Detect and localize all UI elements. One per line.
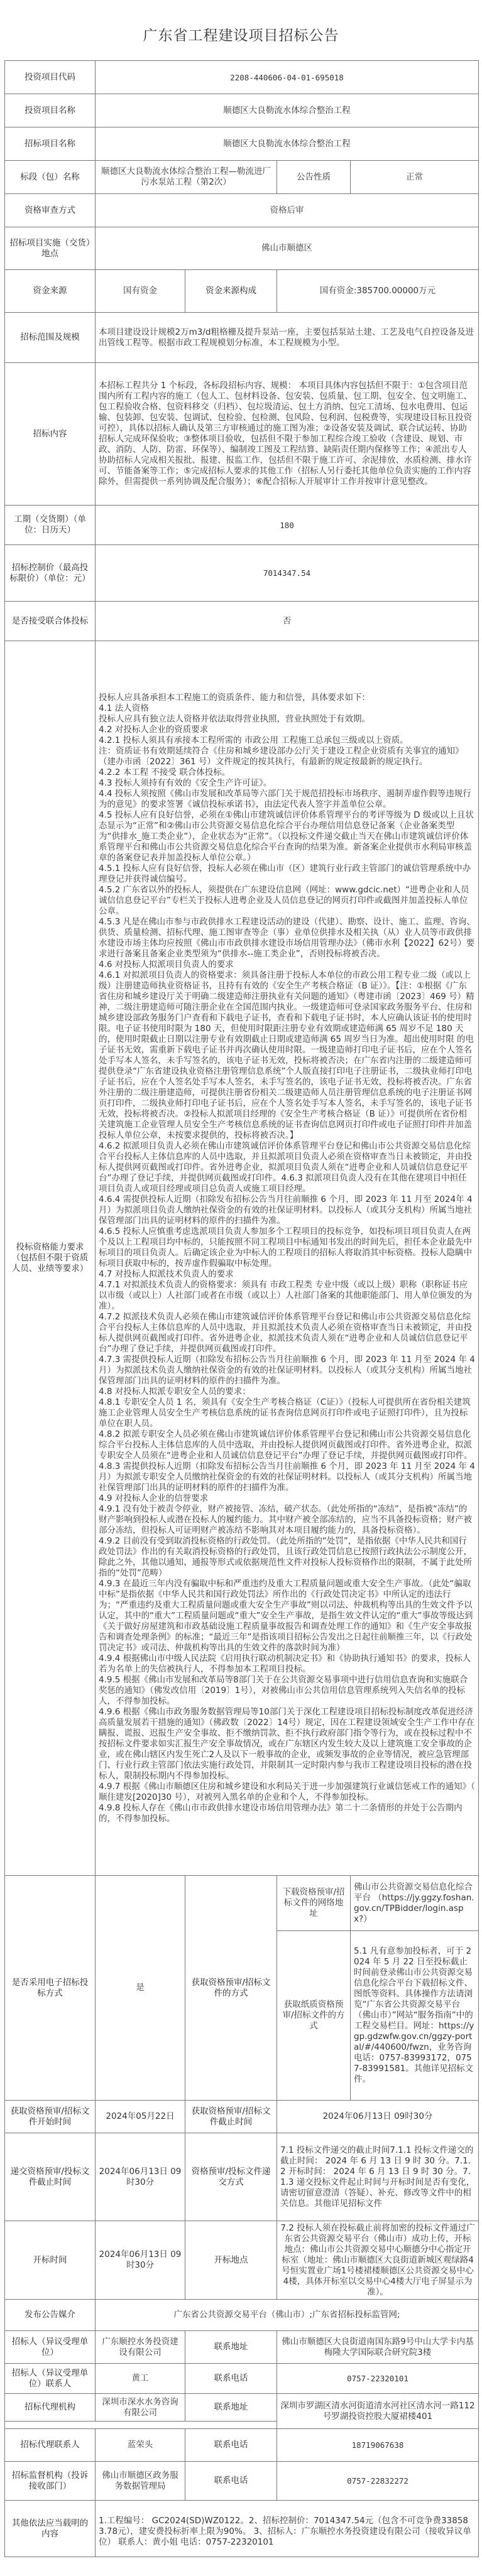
qualification-paragraph: 4.6.5 投标人应慎重考虑选派项目负责人参加多个工程项目的投标竞争，如投标项目… [99,1226,475,1269]
electronic-label: 是否采用电子招标投标方式 [5,1876,96,2101]
agency-phone-value: 18719067638 [277,2429,479,2462]
qualification-label: 投标资格能力要求（包括但不限于资质人员、业绩等要求） [5,641,96,1876]
agency-contact-value: 蓝荣头 [96,2429,185,2462]
row-doc-time: 获取资格预审/招标文件开始时间 2024年05月22日 获取资格预审/招标文件截… [5,2101,479,2133]
qualification-paragraph: 4.5.1 投标人应有良好信誉，投标人必须在佛山市（区）建筑行业行政主管部门的诚… [99,863,475,885]
page-title: 广东省工程建设项目招标公告 [0,0,482,60]
invest-code-label: 投资项目代码 [5,61,96,94]
row-other: 其他依法应当载明的内容 1.工程编号： GC2024(SD)WZ0122。2、招… [5,2501,479,2557]
row-section-name: 标段（包）名称 顺德区大良勒流水体综合整治工程—勒流进厂污水泵站工程（第2次） … [5,161,479,194]
row-invest-code: 投资项目代码 2208-440606-04-01-695018 [5,61,479,94]
qualification-paragraph: 4.7.2 拟派技术负责人必须在佛山市建筑诚信评价体系管理平台登记和佛山市公共资… [99,1312,475,1355]
tender-name-label: 招标项目名称 [5,127,96,161]
tender-notice-table: 投资项目代码 2208-440606-04-01-695018 投资项目名称 顺… [4,60,479,2557]
row-scope: 招标范围及规模 本项目建设设计规模2万m3/d粗格栅及提升泵站一座，主要包括泵站… [5,313,479,363]
qualification-paragraph: 4.6.1 对拟派项目负责人的资格要求：须具备注册于投标人本单位的市政公用工程专… [99,970,475,1141]
supervisor-value: 佛山市顺德区政务服务数据管理局 [96,2462,185,2501]
qualification-paragraph: 4.9.5 根据《佛山市发展和改革局等8部门关于在公共资源交易事项中进行信用信息… [99,1675,475,1707]
row-control-price: 招标控制价（最高投标限价）（单位：元） 7014347.54 [5,545,479,602]
media-label: 发布公告媒介 [5,2300,96,2331]
qualification-paragraph: 投标人应具有独立法人资格并依法取得营业执照，营业执照处于有效期。 [99,714,475,725]
content-label: 招标内容 [5,363,96,506]
qualification-paragraph: 4.9 对投标人企业的信誉要求 [99,1493,475,1504]
funding-label: 资金来源 [5,270,96,313]
row-location: 招标项目实施（交货）地点 佛山市顺德区 [5,227,479,270]
agency-spacer [5,2422,277,2429]
tenderer-value: 广东顺控水务投资建设有限公司 [96,2331,185,2364]
section-name-label: 标段（包）名称 [5,161,96,194]
opening-time-label: 开标时间 [5,2221,96,2300]
qualification-paragraph: 4.9.6 根据《佛山市政务服务数据管理局等10部门关于深化工程建设项目招标投标… [99,1707,475,1782]
consortium-label: 是否接受联合体投标 [5,602,96,641]
agency-address-value: 深圳市罗湖区清水河街道清水河社区清水河一路112号罗湖投资控股大厦裙楼401 [277,2394,479,2429]
bottom-spacer [0,2557,482,2576]
control-price-label: 招标控制价（最高投标限价）（单位：元） [5,545,96,602]
row-agency-contact: 招标代理联系人 蓝荣头 联系电话 18719067638 [5,2429,479,2462]
doc-end-value: 2024年06月13日 09时30分 [277,2101,479,2133]
qualification-paragraph: 4.9.7 根据《佛山市顺德区住房和城乡建设和水利局关于进一步加强建筑行业诚信惩… [99,1782,475,1803]
row-funding: 资金来源 国有资金 资金来源构成 国有资金:385700.00000万元 [5,270,479,313]
tenderer-address-value: 佛山市顺德区大良街道南国东路9号中山大学卡内基梅隆大学国际联合研究院3楼 [277,2331,479,2364]
row-supervisor: 招标监督机构（投诉接收部门） 佛山市顺德区政务服务数据管理局 联系电话 0757… [5,2462,479,2501]
row-tender-name: 招标项目名称 顺德区大良勒流水体综合整治工程 [5,127,479,161]
qualification-paragraph: 投标人应具备承担本工程施工的资质条件、能力和信誉，具体要求如下： [99,693,475,703]
qualification-paragraphs: 投标人应具备承担本工程施工的资质条件、能力和信誉，具体要求如下：4.1 法人资格… [99,693,475,1824]
tenderer-contact-label: 招标人（异议受理单位）联系人 [5,2364,96,2394]
electronic-value: 是 [96,1876,185,2101]
review-method-value: 资格后审 [96,194,479,227]
supervisor-label: 招标监督机构（投诉接收部门） [5,2462,96,2501]
opening-place-value: 7.2 投标人须在投标截止前将加密的投标文件通过广东省公共资源交易平台（佛山市）… [277,2221,479,2300]
other-value: 1.工程编号： GC2024(SD)WZ0122。2、招标控制价：7014347… [96,2501,479,2557]
location-value: 佛山市顺德区 [96,227,479,270]
submit-deadline-label: 递交资格预审/投标文件截止时间 [5,2133,96,2221]
invest-name-value: 顺德区大良勒流水体综合整治工程 [96,94,479,127]
qualification-paragraph: 4.9.3 在最近三年内没有骗取中标和严重违约及重大工程质量问题或重大安全生产事… [99,1579,475,1653]
agency-value: 深圳市深水水务咨询有限公司 [96,2394,185,2422]
submit-deadline-value: 2024年06月13日 09时30分 [96,2133,185,2221]
funding-composition-label: 资金来源构成 [185,270,277,313]
qualification-paragraph: 注：资质证书有效期延续符合《住房和城乡建设部办公厅关于建设工程企业资质有关事宜的… [99,746,475,767]
duration-value: 180 [96,506,479,545]
row-tenderer: 招标人（异议受理单位） 广东顺控水务投资建设有限公司 联系地址 佛山市顺德区大良… [5,2331,479,2364]
doc-start-label: 获取资格预审/招标文件开始时间 [5,2101,96,2133]
qualification-paragraph: 4.2 对投标人企业的资质要求 [99,725,475,735]
control-price-value: 7014347.54 [96,545,479,602]
qualification-paragraph: 4.5.2 广东省以外的投标人，须提供在广东建设信息网（网址：www.gdcic… [99,885,475,917]
row-submit: 递交资格预审/投标文件截止时间 2024年06月13日 09时30分 资格预审/… [5,2133,479,2221]
row-tenderer-contact: 招标人（异议受理单位）联系人 黄工 联系电话 0757-22320101 [5,2364,479,2394]
doc-end-label: 获取资格预审/招标文件截止时间 [185,2101,277,2133]
consortium-value: 否 [96,602,479,641]
submit-method-value: 7.1 投标文件递交的截止时间7.1.1 投标文件递交的截止时间： 2024 年… [277,2133,479,2221]
tenderer-phone-value: 0757-22320101 [277,2364,479,2394]
obtain-method-label: 获取资格预审/招标文件的方式 [185,1876,277,2101]
doc-start-value: 2024年05月22日 [96,2101,185,2133]
funding-composition-value: 国有资金:385700.00000万元 [277,270,479,313]
paper-method-label: 获取纸质资格预审/招标文件的方式 [277,1931,351,2101]
paper-method-value: 5.1 凡有意参加投标者，可于 2024 年 5 月 22 日至投标截止时间前登… [351,1931,479,2101]
tender-name-value: 顺德区大良勒流水体综合整治工程 [96,127,479,161]
row-duration: 工期（交货期）（单位：日历天） 180 [5,506,479,545]
submit-method-label: 资格预审/投标文件递交方式 [185,2133,277,2221]
content-value: 本招标工程共分 1 个标段，各标段招标内容、规模： 本项目具体内容包括但不限于：… [96,363,479,506]
qualification-paragraph: 4.5 投标人应有良好信誉，必须在①佛山市建筑诚信评价体系管理平台的考评等级为 … [99,810,475,863]
qualification-paragraph: 4.7 对投标人拟派技术负责人的要求 [99,1269,475,1280]
qualification-paragraph: 4.2.2 本工程 不接受 联合体投标。 [99,767,475,778]
download-address-label: 下载资格预审/招标文件的网络地址 [277,1876,351,1931]
agency-address-label: 联系地址 [185,2394,277,2422]
scope-value: 本项目建设设计规模2万m3/d粗格栅及提升泵站一座，主要包括泵站土建、工艺及电气… [96,313,479,363]
row-invest-name: 投资项目名称 顺德区大良勒流水体综合整治工程 [5,94,479,127]
qualification-paragraph: 4.1 法人资格 [99,703,475,714]
notice-nature-label: 公告性质 [277,161,351,194]
qualification-paragraph: 4.7.3 需提供投标人近期（扣除发布招标公告当月往前顺推 6 个月，即 202… [99,1355,475,1387]
row-review-method: 资格审查方式 资格后审 [5,194,479,227]
supervisor-phone-label: 联系电话 [185,2462,277,2501]
qualification-paragraph: 4.6.4 需提供投标人近期（扣除发布招标公告当月往前顺推 6 个月，即 202… [99,1194,475,1226]
qualification-paragraph: 4.8.2 拟派专职安全人员必须在佛山市建筑诚信评价体系管理平台登记和佛山市公共… [99,1429,475,1461]
agency-label: 招标代理机构 [5,2394,96,2422]
qualification-paragraph: 4.8.3 需提供投标人近期（扣除发布招标公告当月往前顺推 6 个月，即 202… [99,1461,475,1493]
tenderer-contact-value: 黄工 [96,2364,185,2394]
review-method-label: 资格审查方式 [5,194,96,227]
qualification-paragraph: 4.8.1 专职安全人员 1 名，须具有《安全生产考核合格证（C证）》（投标人可… [99,1397,475,1429]
qualification-paragraph: 4.4 投标人须按照《佛山市发展和改革局等六部门关于规范招投标市场秩序、遏制弄虚… [99,789,475,810]
funding-value: 国有资金 [96,270,185,313]
row-qualification: 投标资格能力要求（包括但不限于资质人员、业绩等要求） 投标人应具备承担本工程施工… [5,641,479,1876]
row-agency: 招标代理机构 深圳市深水水务咨询有限公司 联系地址 深圳市罗湖区清水河街道清水河… [5,2394,479,2422]
agency-phone-label: 联系电话 [185,2429,277,2462]
invest-name-label: 投资项目名称 [5,94,96,127]
scope-label: 招标范围及规模 [5,313,96,363]
media-value: 广东省公共资源交易平台（佛山市）;广东省招标投标监管网; [96,2300,479,2331]
row-opening: 开标时间 2024年06月13日 09时30分 开标地点 7.2 投标人须在投标… [5,2221,479,2300]
qualification-paragraph: 4.9.4 根据佛山市中级人民法院《启用执行联动机制决定书》和《协助执行通知书》… [99,1653,475,1675]
qualification-paragraph: 4.8 对投标人拟派专职安全人员的要求： [99,1387,475,1397]
tenderer-address-label: 联系地址 [185,2331,277,2364]
qualification-paragraph: 4.2.1 投标人须具有承接本工程所需的 市政公用 工程施工总承包三级或以上资质… [99,735,475,746]
location-label: 招标项目实施（交货）地点 [5,227,96,270]
other-label: 其他依法应当载明的内容 [5,2501,96,2557]
agency-contact-label: 招标代理联系人 [5,2429,96,2462]
qualification-paragraph: 4.6.2 拟派项目负责人必须在佛山市建筑诚信评价体系管理平台登记和佛山市公共资… [99,1141,475,1194]
qualification-paragraph: 4.9.2 目前没有受到取消投标资格的行政处罚。（此处所指的“处罚”，是指依据《… [99,1536,475,1579]
row-media: 发布公告媒介 广东省公共资源交易平台（佛山市）;广东省招标投标监管网; [5,2300,479,2331]
row-consortium: 是否接受联合体投标 否 [5,602,479,641]
tenderer-label: 招标人（异议受理单位） [5,2331,96,2364]
opening-time-value: 2024年06月13日 09时30分 [96,2221,185,2300]
qualification-paragraph: 4.7.1 对拟派技术负责人的资格要求：须具有 市政工程类 专业中级（或以上级）… [99,1280,475,1312]
qualification-paragraph: 4.6 对投标人拟派项目负责人的要求 [99,960,475,970]
qualification-paragraph: 4.3 投标人须持有有效的《安全生产许可证》。 [99,778,475,789]
qualification-value: 投标人应具备承担本工程施工的资质条件、能力和信誉，具体要求如下：4.1 法人资格… [96,641,479,1876]
duration-label: 工期（交货期）（单位：日历天） [5,506,96,545]
qualification-paragraph: 4.9.8 投标人存在《佛山市市政供排水建设市场信用管理办法》第二十二条情形的并… [99,1803,475,1824]
qualification-paragraph: 4.5.3 凡是在佛山市参与市政供排水工程建设活动的建设（代建）、勘察、设计、施… [99,917,475,960]
row-electronic-download: 是否采用电子招标投标方式 是 获取资格预审/招标文件的方式 下载资格预审/招标文… [5,1876,479,1931]
invest-code-value: 2208-440606-04-01-695018 [96,61,479,94]
notice-nature-value: 正常 [351,161,479,194]
row-content: 招标内容 本招标工程共分 1 个标段，各标段招标内容、规模： 本项目具体内容包括… [5,363,479,506]
supervisor-phone-value: 0757-22832272 [277,2462,479,2501]
tenderer-phone-label: 联系电话 [185,2364,277,2394]
opening-place-label: 开标地点 [185,2221,277,2300]
qualification-paragraph: 4.9.1 没有处于被责令停业，财产被接管、冻结，破产状态。（此处所指的“冻结”… [99,1504,475,1536]
download-address-value[interactable]: 佛山市公共资源交易信息化综合平台 （https://jy.ggzy.foshan… [351,1876,479,1931]
section-name-value: 顺德区大良勒流水体综合整治工程—勒流进厂污水泵站工程（第2次） [96,161,277,194]
